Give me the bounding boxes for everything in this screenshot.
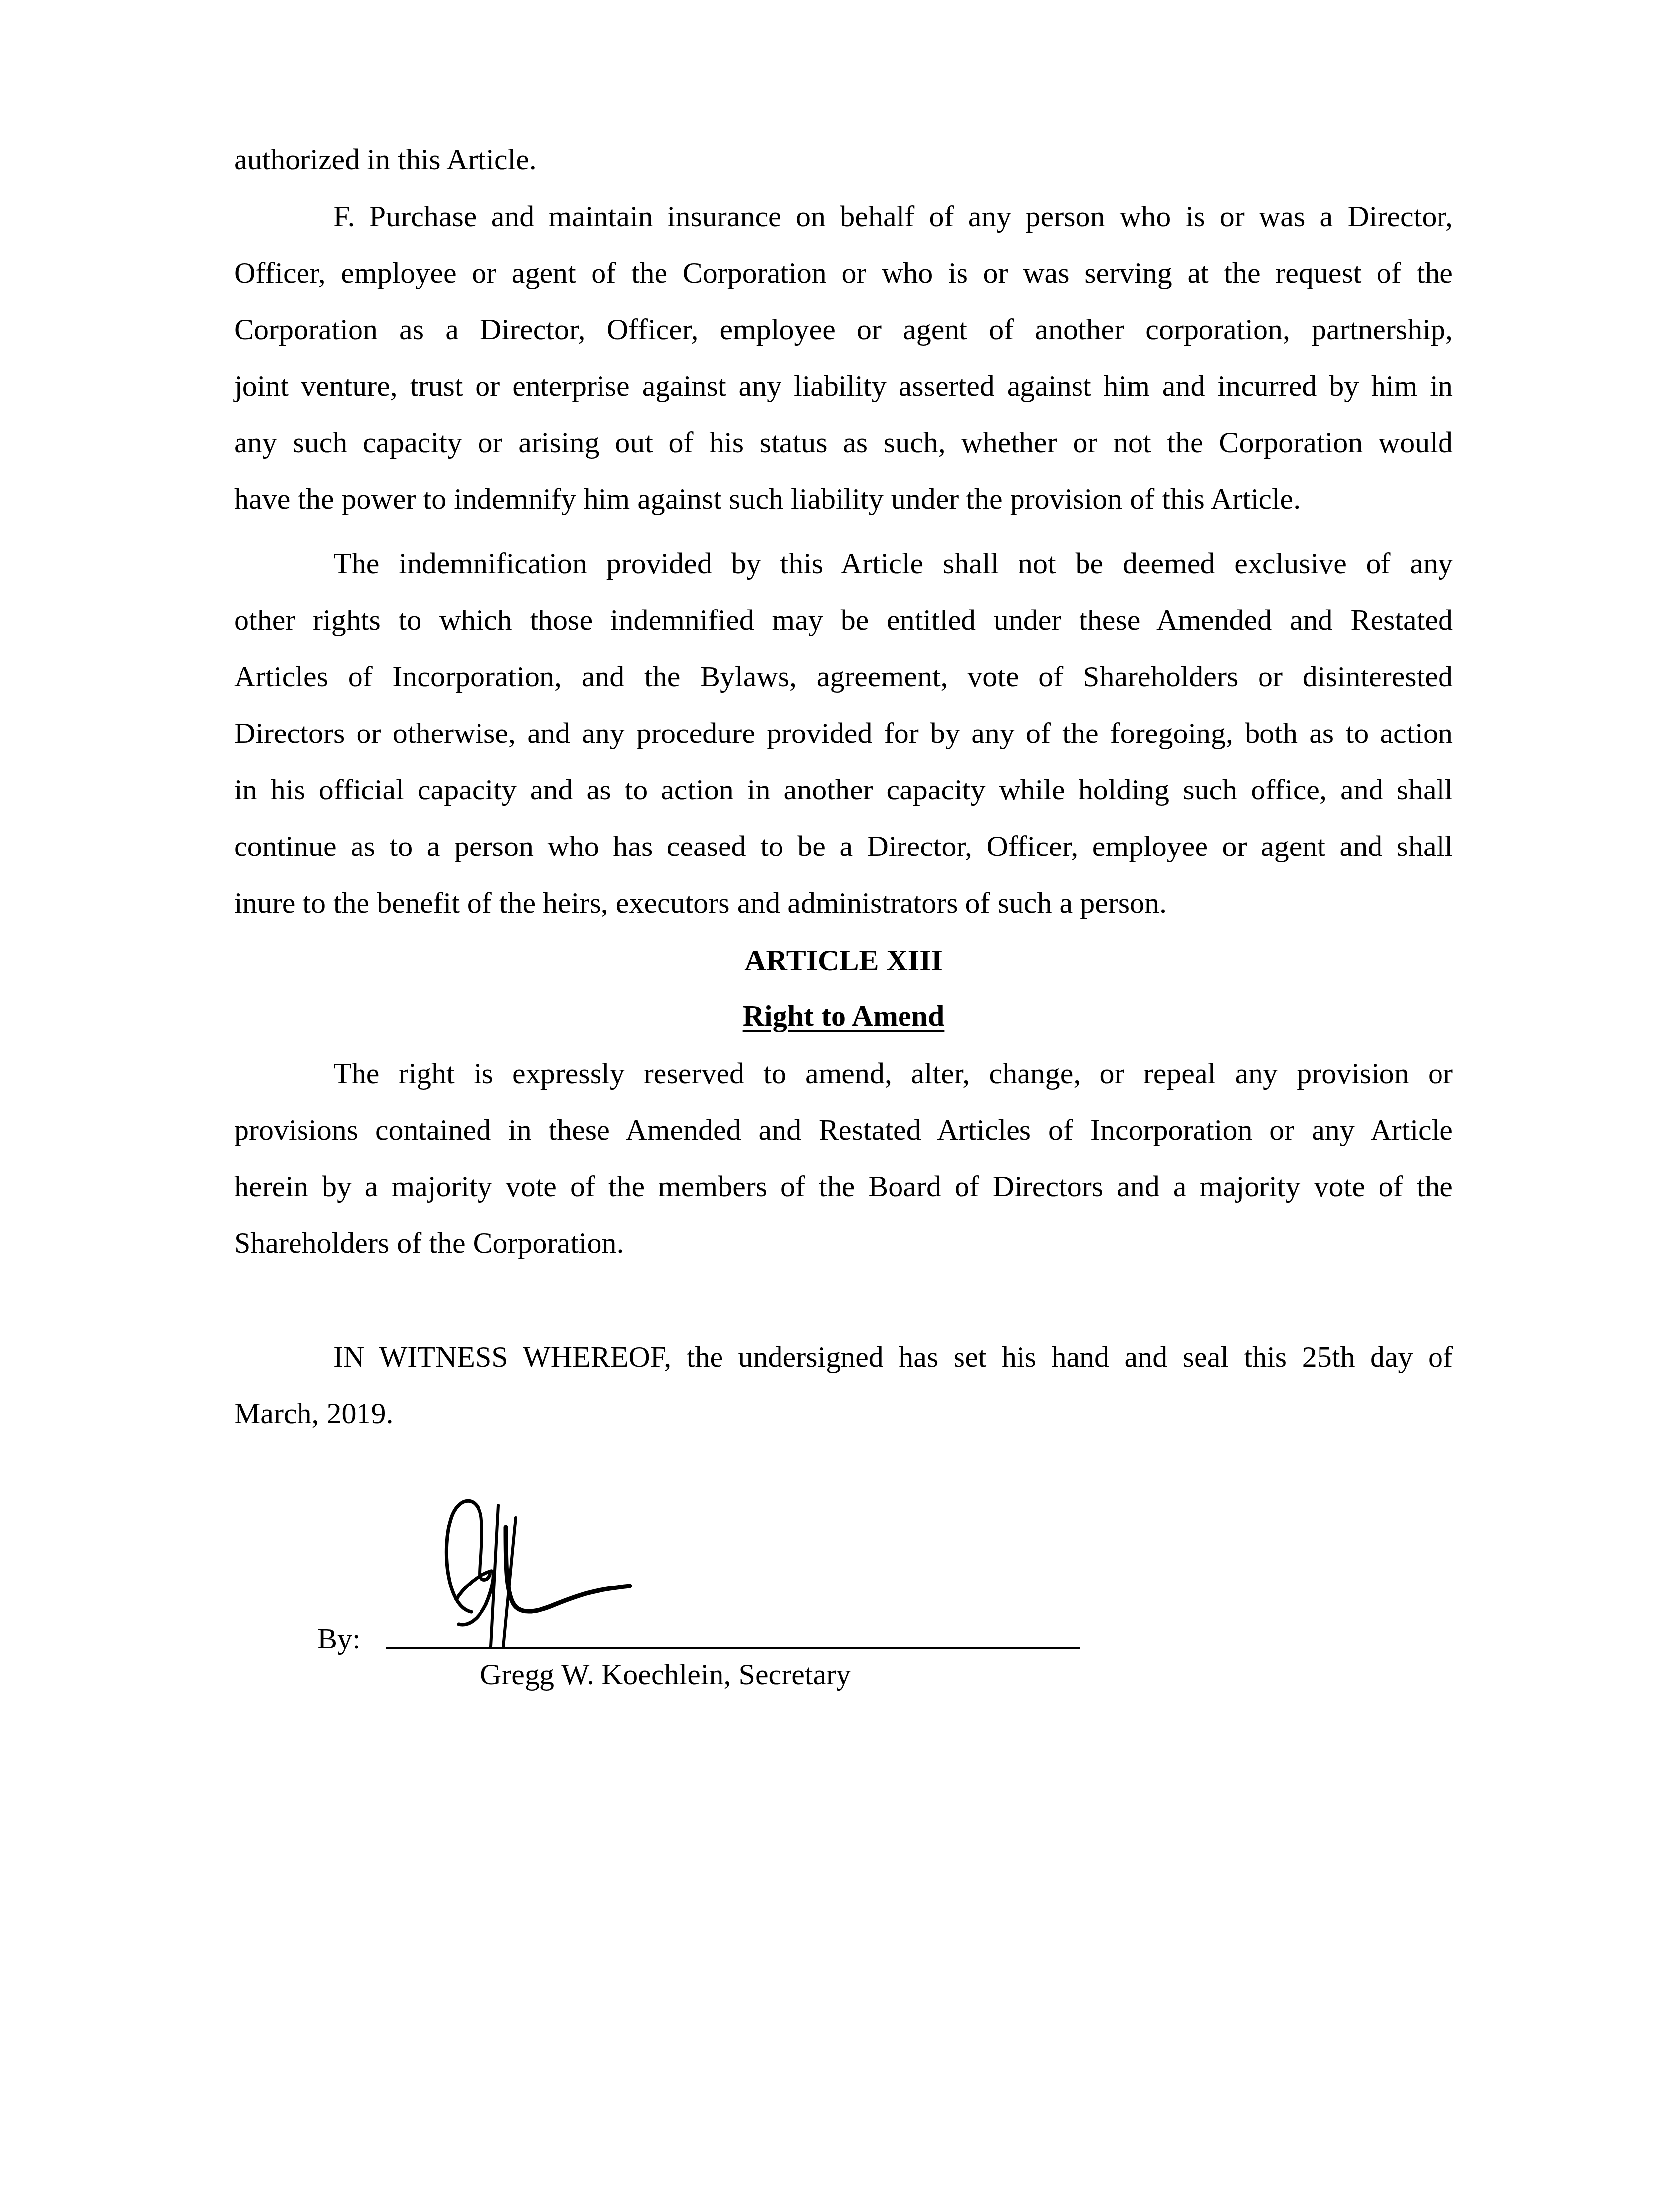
- paragraph-line: March, 2019.: [234, 1396, 1453, 1431]
- paragraph-line: The right is expressly reserved to amend…: [333, 1055, 1453, 1091]
- paragraph-line: Corporation as a Director, Officer, empl…: [234, 311, 1453, 347]
- paragraph-line: Directors or otherwise, and any procedur…: [234, 715, 1453, 751]
- paragraph-line: inure to the benefit of the heirs, execu…: [234, 885, 1453, 920]
- paragraph-line: herein by a majority vote of the members…: [234, 1168, 1453, 1204]
- signature-block: By:: [317, 1488, 1111, 1656]
- document-page: authorized in this Article. F. Purchase …: [0, 0, 1680, 2196]
- paragraph-line: joint venture, trust or enterprise again…: [234, 368, 1453, 404]
- by-label: By:: [317, 1621, 360, 1656]
- paragraph-line: in his official capacity and as to actio…: [234, 772, 1453, 807]
- paragraph-line: Officer, employee or agent of the Corpor…: [234, 255, 1453, 291]
- paragraph-line: provisions contained in these Amended an…: [234, 1112, 1453, 1148]
- paragraph-line: any such capacity or arising out of his …: [234, 425, 1453, 460]
- paragraph-line: Articles of Incorporation, and the Bylaw…: [234, 659, 1453, 694]
- continuation-line: authorized in this Article.: [234, 141, 1453, 177]
- paragraph-line: Shareholders of the Corporation.: [234, 1225, 1453, 1261]
- paragraph-line: IN WITNESS WHEREOF, the undersigned has …: [333, 1339, 1453, 1375]
- paragraph-line: continue as to a person who has ceased t…: [234, 828, 1453, 864]
- paragraph-line: have the power to indemnify him against …: [234, 481, 1453, 517]
- signer-name: Gregg W. Koechlein, Secretary: [480, 1656, 851, 1692]
- signature-icon: [417, 1488, 714, 1651]
- paragraph-line: F. Purchase and maintain insurance on be…: [333, 198, 1453, 234]
- article-heading: ARTICLE XIII: [234, 942, 1453, 978]
- paragraph-line: The indemnification provided by this Art…: [333, 546, 1453, 581]
- article-title: Right to Amend: [234, 998, 1453, 1034]
- paragraph-line: other rights to which those indemnified …: [234, 602, 1453, 638]
- signature-line: [386, 1647, 1080, 1649]
- article-title-text: Right to Amend: [743, 999, 945, 1032]
